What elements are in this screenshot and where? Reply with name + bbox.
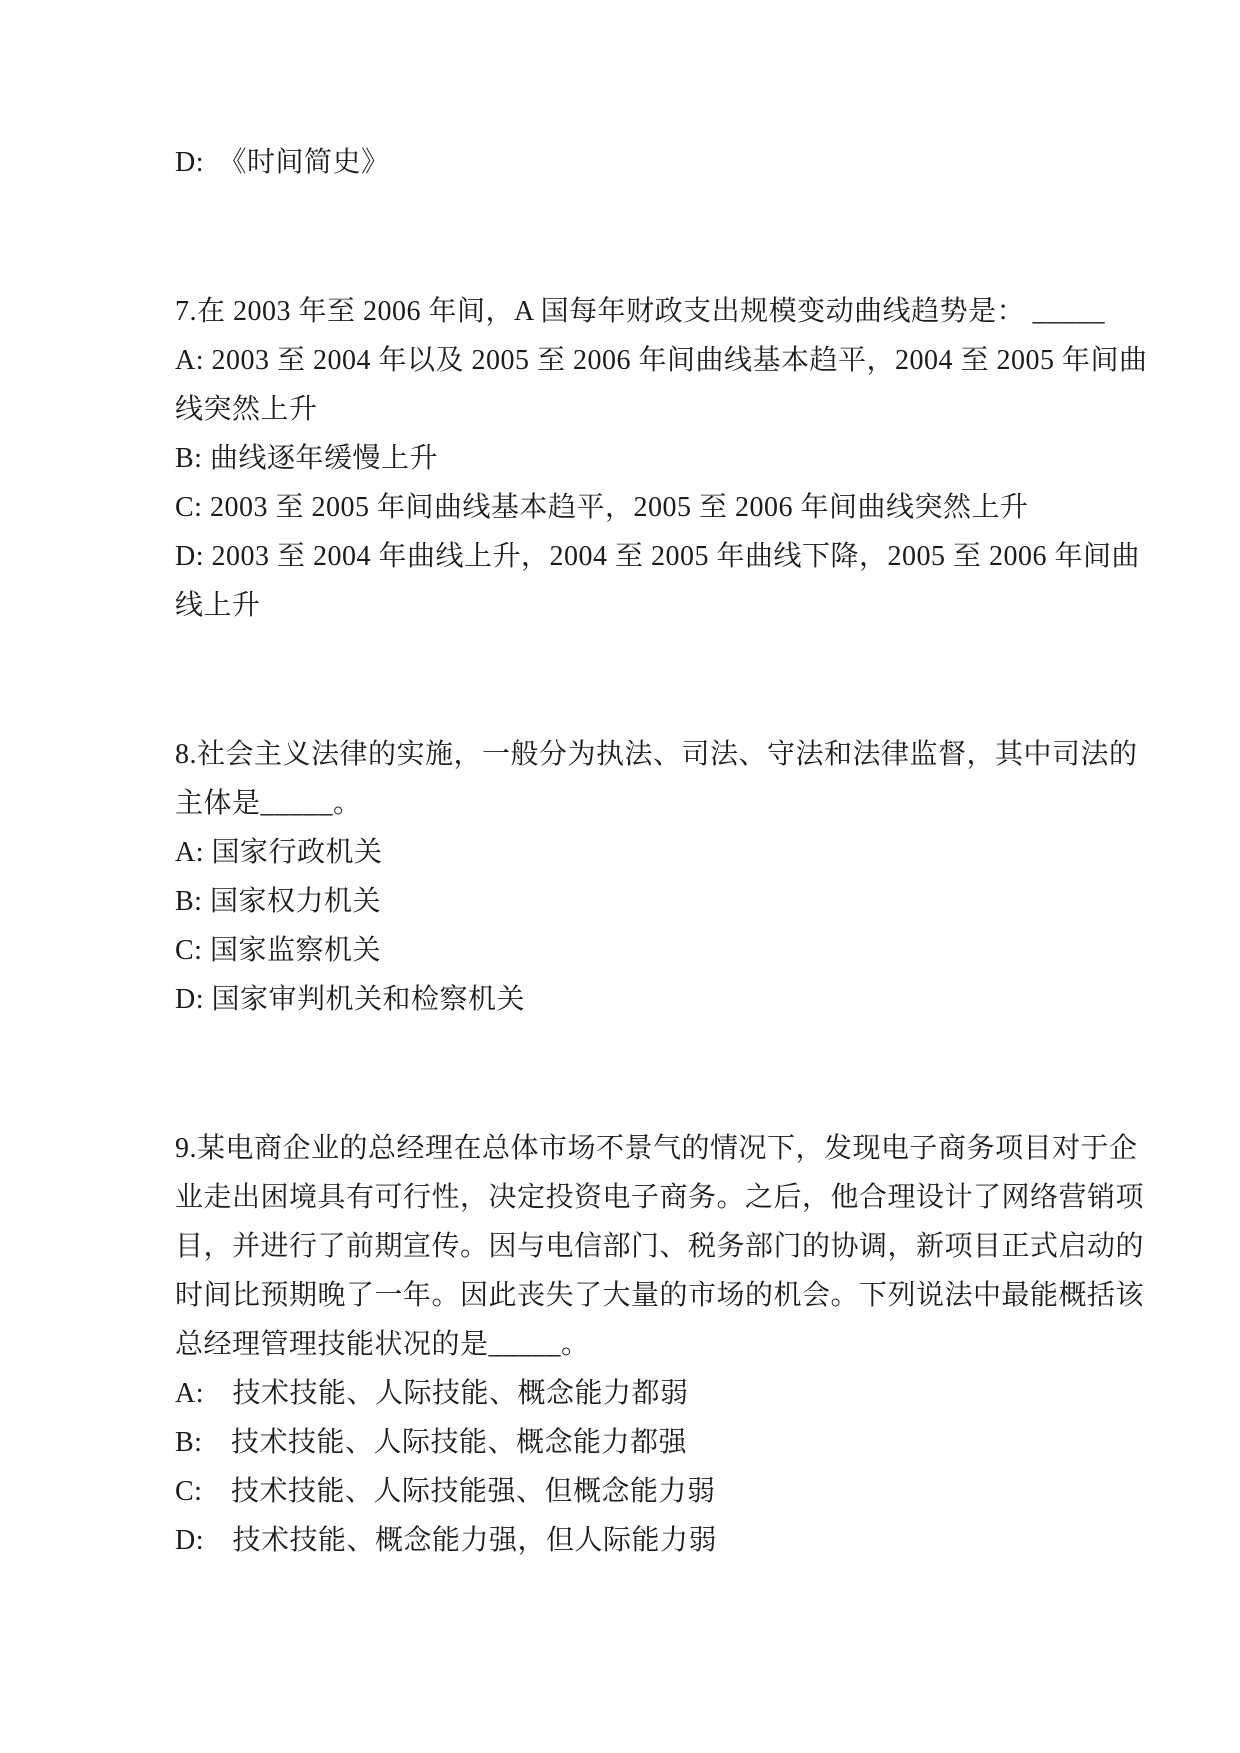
question-7: 7.在 2003 年至 2006 年间，A 国每年财政支出规模变动曲线趋势是： … — [175, 287, 1145, 630]
text-line: D: 2003 至 2004 年曲线上升，2004 至 2005 年曲线下降，2… — [175, 532, 1145, 581]
text-line: 8.社会主义法律的实施，一般分为执法、司法、守法和法律监督，其中司法的 — [175, 730, 1145, 779]
question-9: 9.某电商企业的总经理在总体市场不景气的情况下，发现电子商务项目对于企业走出困境… — [175, 1124, 1145, 1565]
text-line: C: 2003 至 2005 年间曲线基本趋平，2005 至 2006 年间曲线… — [175, 483, 1145, 532]
text-line: 线突然上升 — [175, 385, 1145, 434]
text-line: 目，并进行了前期宣传。因与电信部门、税务部门的协调，新项目正式启动的 — [175, 1222, 1145, 1271]
text-line: 7.在 2003 年至 2006 年间，A 国每年财政支出规模变动曲线趋势是： … — [175, 287, 1145, 336]
text-line: B: 国家权力机关 — [175, 877, 1145, 926]
text-line: A: 2003 至 2004 年以及 2005 至 2006 年间曲线基本趋平，… — [175, 336, 1145, 385]
text-line: D: 《时间简史》 — [175, 138, 1145, 187]
text-line: C: 国家监察机关 — [175, 926, 1145, 975]
text-line: B: 曲线逐年缓慢上升 — [175, 434, 1145, 483]
document-page: D: 《时间简史》 7.在 2003 年至 2006 年间，A 国每年财政支出规… — [0, 0, 1240, 1753]
question-8: 8.社会主义法律的实施，一般分为执法、司法、守法和法律监督，其中司法的主体是__… — [175, 730, 1145, 1024]
text-line: A: 技术技能、人际技能、概念能力都弱 — [175, 1369, 1145, 1418]
text-line: 业走出困境具有可行性，决定投资电子商务。之后，他合理设计了网络营销项 — [175, 1173, 1145, 1222]
text-line: D: 国家审判机关和检察机关 — [175, 975, 1145, 1024]
text-line: 9.某电商企业的总经理在总体市场不景气的情况下，发现电子商务项目对于企 — [175, 1124, 1145, 1173]
text-line: 主体是_____。 — [175, 779, 1145, 828]
text-line: A: 国家行政机关 — [175, 828, 1145, 877]
text-line: C: 技术技能、人际技能强、但概念能力弱 — [175, 1467, 1145, 1516]
text-line: 线上升 — [175, 581, 1145, 630]
question-6-option-d-tail: D: 《时间简史》 — [175, 138, 1145, 187]
text-line: D: 技术技能、概念能力强，但人际能力弱 — [175, 1516, 1145, 1565]
text-line: B: 技术技能、人际技能、概念能力都强 — [175, 1418, 1145, 1467]
text-line: 时间比预期晚了一年。因此丧失了大量的市场的机会。下列说法中最能概括该 — [175, 1271, 1145, 1320]
text-line: 总经理管理技能状况的是_____。 — [175, 1320, 1145, 1369]
